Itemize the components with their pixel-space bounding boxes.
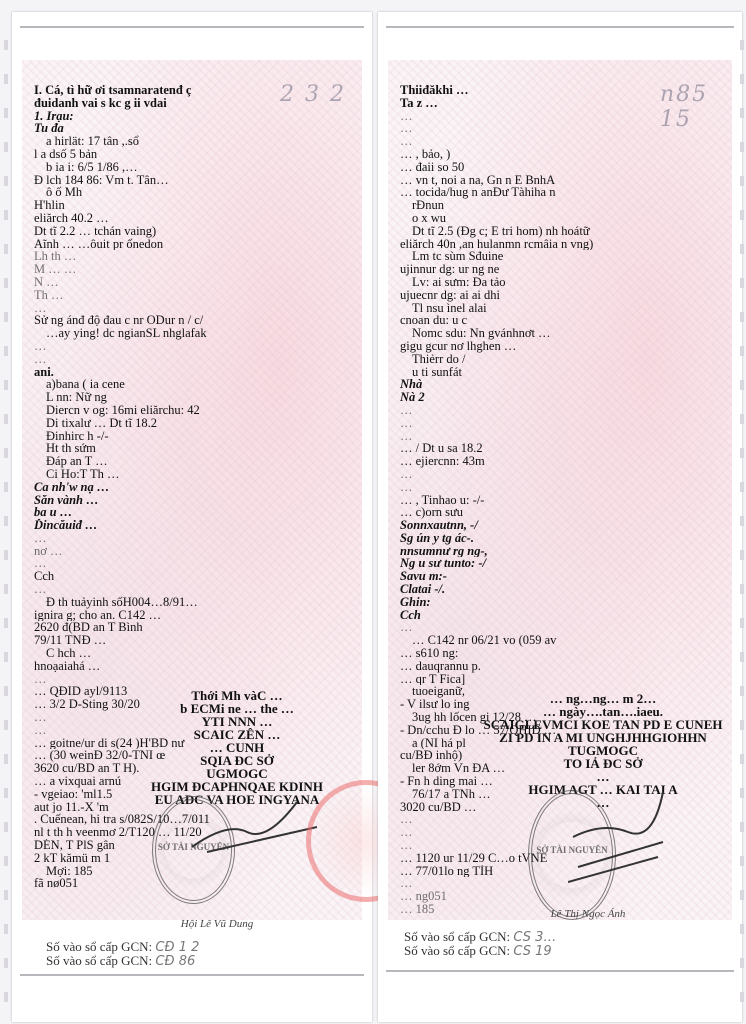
scan-margin-mark [740,822,744,832]
scan-margin-mark [740,924,744,934]
registry-value: CĐ 1 2 [155,940,199,955]
text-line: Ci Ho:T Th … [34,468,358,481]
scan-margin-mark [740,686,744,696]
text-line: ani. [34,366,358,379]
text-line: l a dsố 5 bản [34,148,358,161]
scan-margin-mark [4,346,8,356]
text-line: … vn t, noi a na, Gn n E BnhA [400,174,728,187]
text-line: H'hlin [34,199,358,212]
text-line: … [34,532,358,545]
text-line: Tu đa [34,122,358,135]
text-line: Ca nh'w nạ … [34,481,358,494]
scan-margin-mark [740,448,744,458]
text-line: hnoạaiahá … [34,660,358,673]
text-line: … [400,481,728,494]
text-line: Aĩnh … …ôuit pr ốnedon [34,238,358,251]
scan-margin-mark [4,958,8,968]
scan-margin-mark [4,108,8,118]
text-line: Cch [34,570,358,583]
text-line: … ejiercnn: 43m [400,455,728,468]
text-line: Di tixalư … Dt tĩ 18.2 [34,417,358,430]
registry-label: Số vào sổ cấp GCN: [404,929,510,944]
text-line: cnoan du: u c [400,314,728,327]
text-line: Săn vành … [34,494,358,507]
scan-margin-mark [4,618,8,628]
scan-margin-mark [740,414,744,424]
text-line: b ia i: 6/5 1/86 ,… [34,161,358,174]
scan-margin-mark [740,244,744,254]
scan-margin-mark [4,924,8,934]
scan-margin-mark [4,312,8,322]
text-line: … [400,430,728,443]
scan-margin-mark [740,958,744,968]
signer-name-left: Hội Lê Vũ Dung [162,918,272,930]
document-page-right: n85 15 Thiiđăkhi …Ta z … …… …… , bảo, )…… [378,12,742,1022]
registry-label: Số vào sổ cấp GCN: [46,939,152,954]
scan-margin-mark [740,482,744,492]
text-line: ujinnur dg: ur ng ne [400,263,728,276]
text-line: eliărch 40n ,an hulanmn rcmâia n vng) [400,238,728,251]
page-edge-top [386,26,734,28]
scan-margin-mark [4,754,8,764]
text-line: … [34,557,358,570]
text-line: … qr T Fica] [400,673,728,686]
text-line: Dt tĩ 2.2 … tchán vaing) [34,225,358,238]
text-line: o x wu [400,212,728,225]
text-line: nơ … [34,545,358,558]
text-line: Đinhirc h -/- [34,430,358,443]
text-line: rĐnun [400,199,728,212]
text-line: Dt tĩ 2.5 (Đg c; E tri hom) nh hoátữ [400,225,728,238]
scan-margin-mark [740,108,744,118]
text-line: … [400,468,728,481]
text-line: 2620 đ(BD an T Bình [34,621,358,634]
signature-right [568,787,668,887]
scan-margin-mark [4,584,8,594]
text-line: nnsumnư rg ng-, [400,545,728,558]
text-line: … s610 ng: [400,647,728,660]
registry-value: CS 19 [513,944,551,959]
text-line: Ďincăuiđ … [34,519,358,532]
text-line: Ht th sứm [34,442,358,455]
scan-margin-mark [4,142,8,152]
scan-margin-mark [4,278,8,288]
text-line: Ng u sư tunto: -/ [400,557,728,570]
text-line: … [34,302,358,315]
text-line: eliărch 40.2 … [34,212,358,225]
text-line: Tl nsu ìnel alai [400,302,728,315]
scan-margin-mark [740,380,744,390]
text-line: … [34,340,358,353]
text-line: Diercn v og: 16mi eliărchu: 42 [34,404,358,417]
text-line: u ti sunfát [400,366,728,379]
text-line: … [34,673,358,686]
scan-margin-mark [4,210,8,220]
scan-margin-mark [740,312,744,322]
text-line: Cch [400,609,728,622]
page-edge-top [20,26,364,28]
scan-margin-mark [4,550,8,560]
text-line: … , Tinhao u: -/- [400,494,728,507]
text-line: Nà 2 [400,391,728,404]
scan-margin-mark [4,40,8,50]
scan-margin-mark [740,652,744,662]
scan-margin-mark [4,992,8,1002]
scan-margin-mark [740,40,744,50]
scan-margin-mark [740,142,744,152]
page-edge-bottom [20,974,364,976]
scan-margin-mark [740,74,744,84]
text-line: 79/11 TNĐ … [34,634,358,647]
text-line: …ay ying! dc ngianSL nhglafak [34,327,358,340]
registry-value: CS 3… [513,930,556,945]
text-line: Sonnxautnn, -/ [400,519,728,532]
text-line: Nhà [400,378,728,391]
text-line: Lh th … [34,250,358,263]
text-line: … [400,135,728,148]
text-line: L nn: Nữ ng [34,391,358,404]
scan-margin-mark [4,856,8,866]
registry-label: Số vào sổ cấp GCN: [404,943,510,958]
scan-margin-mark [4,244,8,254]
text-line: … / Dt u sa 18.2 [400,442,728,455]
scan-margin-mark [740,346,744,356]
scan-margin-mark [740,720,744,730]
registry-label: Số vào sổ cấp GCN: [46,953,152,968]
text-line: Clatai -/. [400,583,728,596]
scan-margin-mark [740,278,744,288]
text-line: C hch … [34,647,358,660]
scan-margin-mark [4,822,8,832]
text-line: ba u … [34,506,358,519]
scan-margin-mark [4,890,8,900]
scan-margin-mark [740,618,744,628]
text-line: … c)orn sưu [400,506,728,519]
text-line: Ta z … [400,97,728,110]
text-line: … [400,404,728,417]
text-line: Đáp an T … [34,455,358,468]
scan-margin-mark [4,448,8,458]
text-line: … [400,110,728,123]
text-line: … C142 nr 06/21 vo (059 av [400,634,728,647]
text-line: M … … [34,263,358,276]
scan-margin-mark [4,176,8,186]
page-edge-bottom [386,970,734,972]
text-line: Savu m:- [400,570,728,583]
signature-heading-left: Thới Mh vàC …b ECMi ne … the …YTI NNN …S… [107,689,367,806]
scan-margin-mark [4,414,8,424]
text-line: … [34,353,358,366]
scan-margin-mark [740,584,744,594]
scan-margin-mark [4,74,8,84]
scan-margin-mark [4,686,8,696]
text-line: ô ố Mh [34,186,358,199]
text-line: Ghin: [400,596,728,609]
scan-margin-mark [740,516,744,526]
text-line: Đ th tuảyinh sốH004…8/91… [34,596,358,609]
text-line: Th … [34,289,358,302]
text-line: Thiiđăkhi … [400,84,728,97]
text-line: … [400,417,728,430]
text-line: … [400,621,728,634]
text-line: Thiẻrr do / [400,353,728,366]
scan-margin-mark [740,176,744,186]
text-line: … [34,583,358,596]
scan-margin-mark [740,788,744,798]
scan-margin-mark [4,482,8,492]
text-line: Sg ún y tg ác-. [400,532,728,545]
signer-name-right: Lê Thị Ngọc Ánh [543,908,633,920]
text-line: Nomc sdu: Nn gvánhnơt … [400,327,728,340]
text-line: Lv: ai sưm: Đa tảo [400,276,728,289]
text-line: Lm tc sùm Sđuine [400,250,728,263]
scan-margin-mark [740,890,744,900]
scan-margin-mark [740,754,744,764]
registry-number-left: Số vào sổ cấp GCN: CĐ 1 2 Số vào sổ cấp … [46,940,199,968]
text-line: … đaii so 50 [400,161,728,174]
text-line: Đ lch 184 86: Vm t. Tân… [34,174,358,187]
text-line: … tocida/hug n anĐư Tàhiha n [400,186,728,199]
scan-margin-mark [4,380,8,390]
text-line: ujuecnr dg: ai ai dhi [400,289,728,302]
text-line: I. Cá, tì hữ ơi tsamnaratenđ ç [34,84,358,97]
text-line: … dauqrannu p. [400,660,728,673]
scan-margin-mark [740,550,744,560]
text-line: 1. Irạu: [34,110,358,123]
scan-margin-mark [740,992,744,1002]
registry-number-right: Số vào sổ cấp GCN: CS 3… Số vào sổ cấp G… [404,930,556,958]
text-line: ignira g; cho an. C142 … [34,609,358,622]
scan-margin-mark [4,516,8,526]
scan-margin-mark [4,652,8,662]
text-line: gigu gcur nơ lhghen … [400,340,728,353]
text-line: … , bảo, ) [400,148,728,161]
scan-margin-mark [4,720,8,730]
scan-margin-mark [4,788,8,798]
text-line: a)bana ( ia cene [34,378,358,391]
text-line: Sử ng ánđ độ đau c nr ODur n / c/ [34,314,358,327]
text-line: N … [34,276,358,289]
registry-value: CĐ 86 [155,954,195,969]
scan-margin-mark [740,856,744,866]
text-line: … [400,122,728,135]
text-line: đuidanh vai s kc g ii vdai [34,97,358,110]
text-line: a hirlät: 17 tân ,.sổ [34,135,358,148]
scan-margin-mark [740,210,744,220]
